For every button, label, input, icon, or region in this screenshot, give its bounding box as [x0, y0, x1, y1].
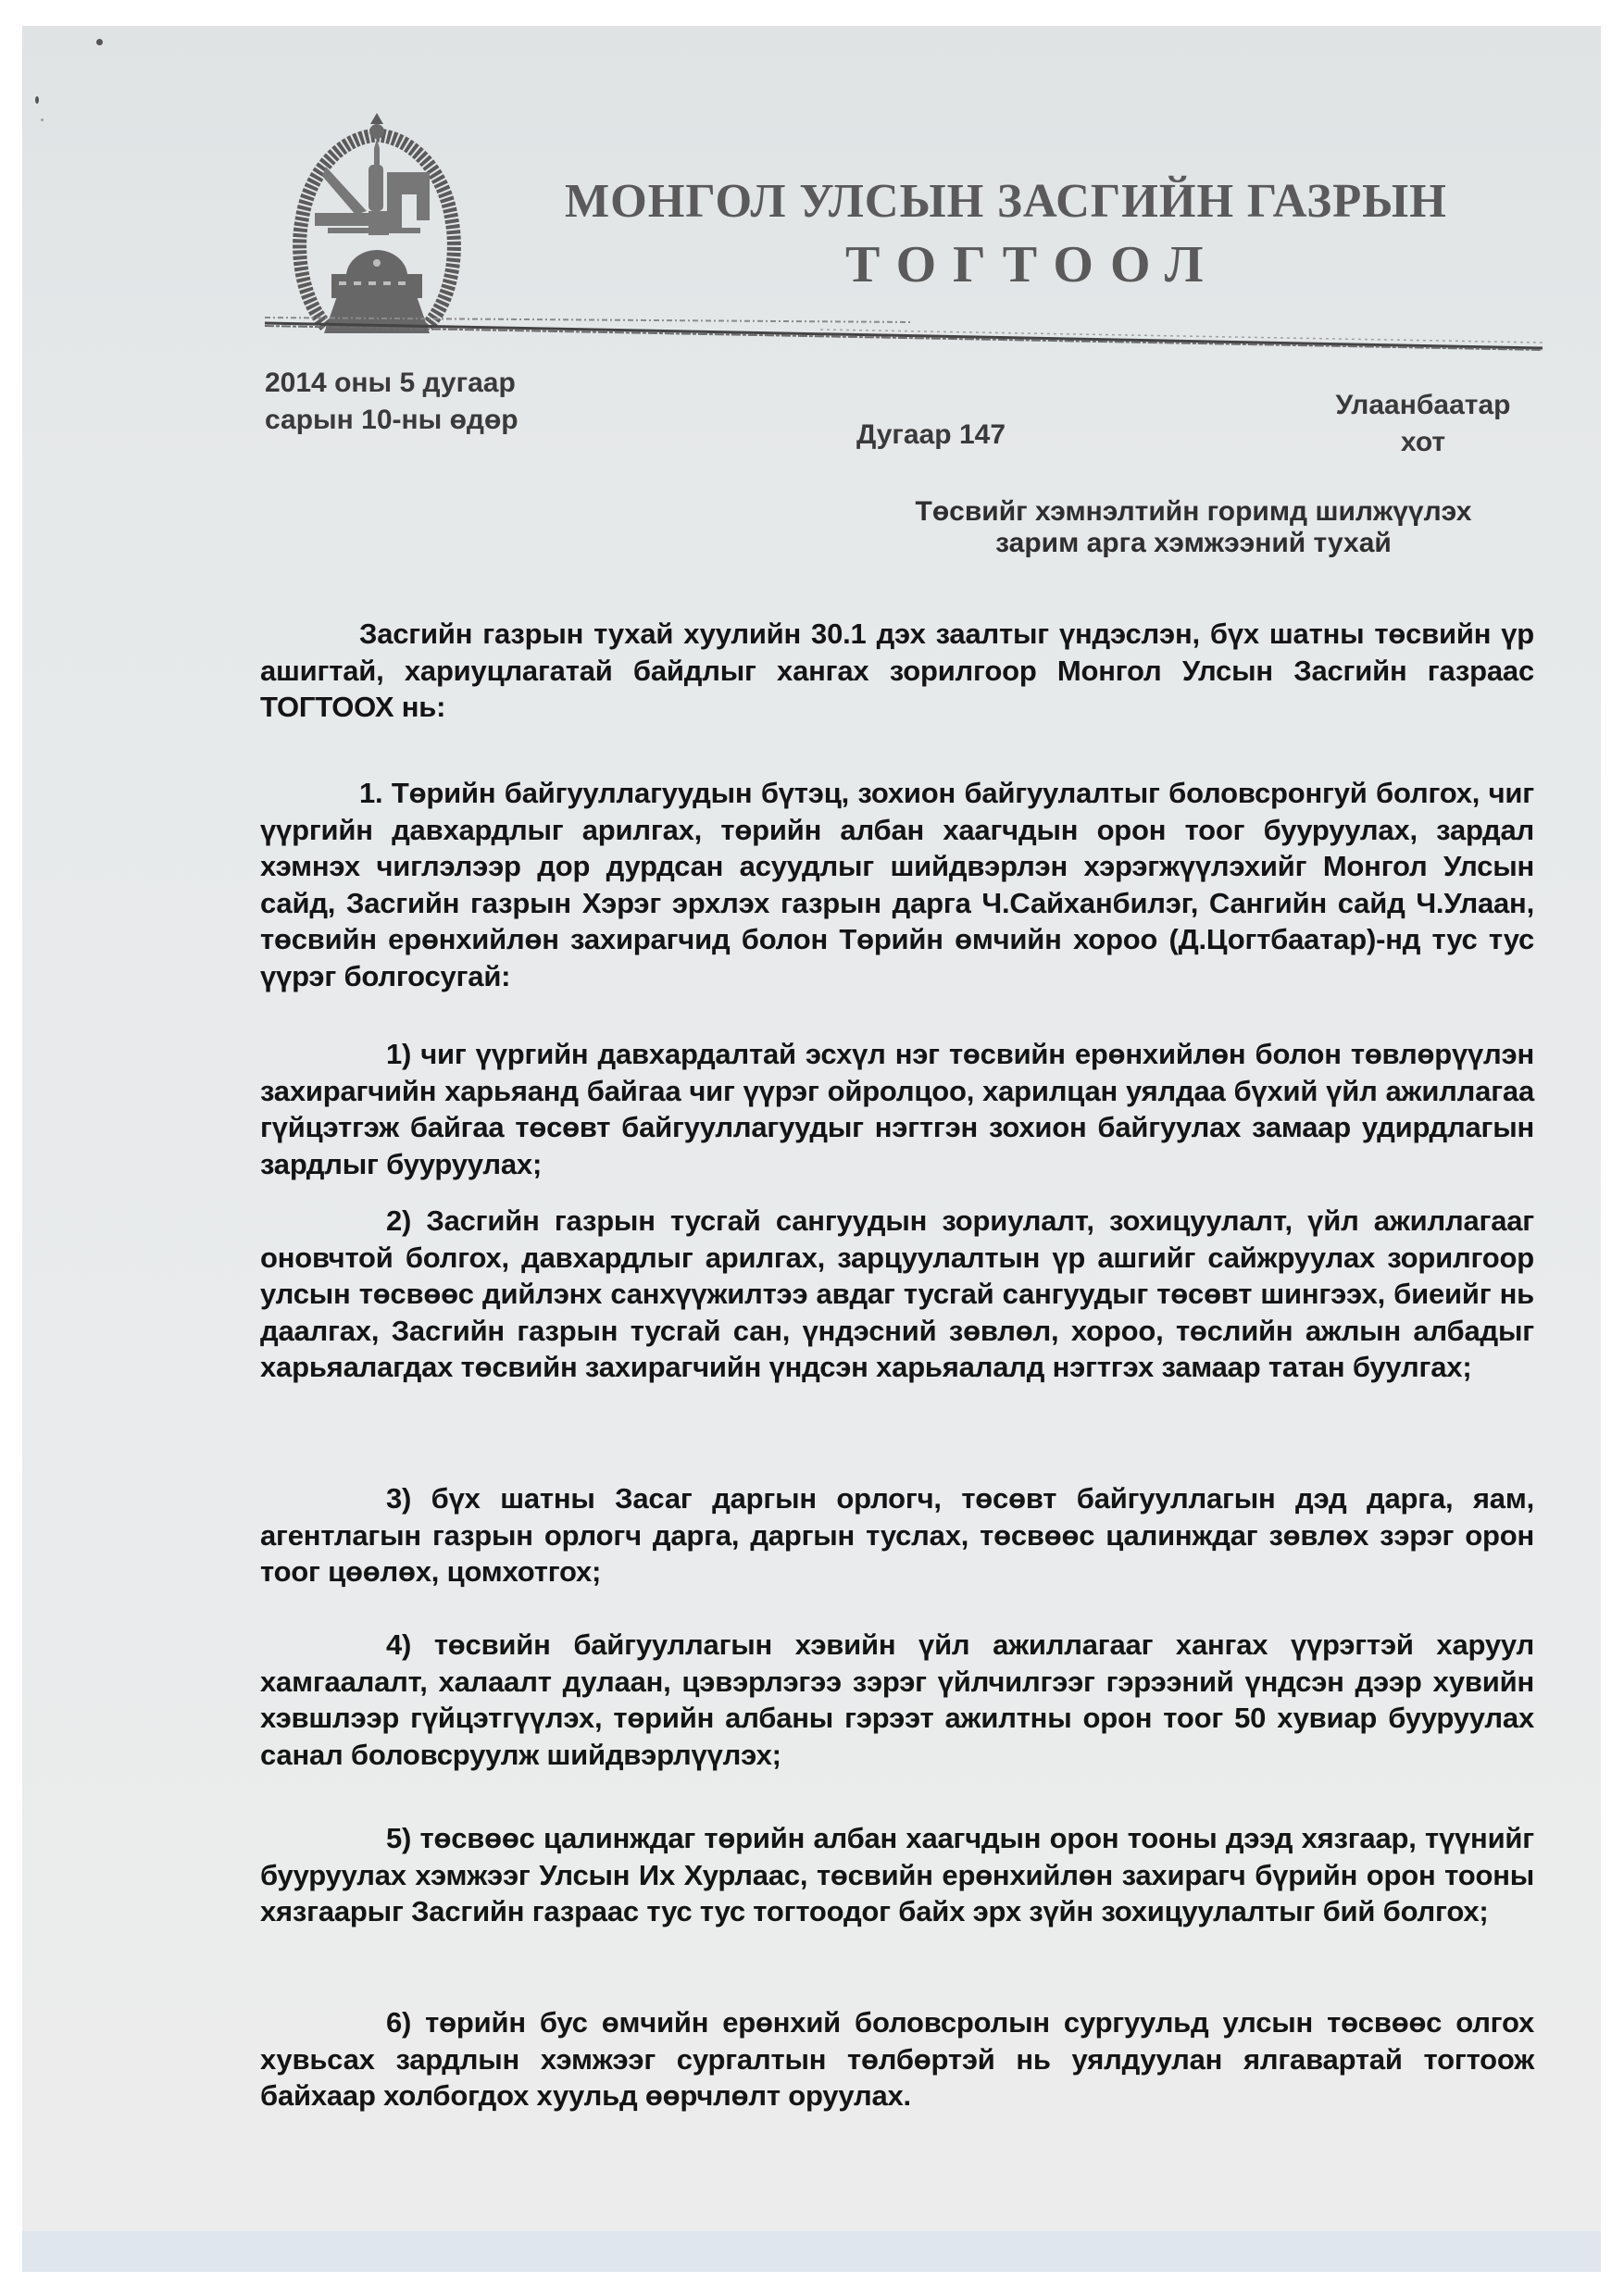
subclause-6: 6) төрийн бус өмчийн ерөнхий боловсролын… [260, 2004, 1534, 2114]
state-emblem-icon [291, 111, 463, 339]
preamble-paragraph: Засгийн газрын тухай хуулийн 30.1 дэх за… [260, 616, 1534, 726]
subclause-5: 5) төсвөөс цалинждаг төрийн албан хаагчд… [260, 1820, 1534, 1930]
subclause-1: 1) чиг үүргийн давхардалтай эсхүл нэг тө… [260, 1036, 1534, 1182]
decree-subject-line1: Төсвийг хэмнэлтийн горимд шилжүүлэх [837, 496, 1550, 528]
document-type-title: ТОГТООЛ [845, 235, 1165, 294]
decree-date: 2014 оны 5 дугаар сарын 10-ны өдөр [265, 365, 518, 439]
scan-speck [96, 39, 103, 45]
subclause-2: 2) Засгийн газрын тусгай сангуудын зориу… [260, 1203, 1534, 1386]
decree-place-city: Улаанбаатар [1317, 387, 1530, 424]
scanned-page: МОНГОЛ УЛСЫН ЗАСГИЙН ГАЗРЫН ТОГТООЛ 2014… [22, 26, 1601, 2272]
decree-date-line1: 2014 оны 5 дугаар [265, 365, 518, 402]
decree-place-type: хот [1317, 424, 1530, 461]
subclause-4: 4) төсвийн байгууллагын хэвийн үйл ажилл… [260, 1627, 1534, 1773]
decree-date-line2: сарын 10-ны өдөр [265, 402, 518, 439]
decree-subject-line2: зарим арга хэмжээний тухай [837, 528, 1550, 559]
decree-place: Улаанбаатар хот [1317, 387, 1530, 461]
subclause-3: 3) бүх шатны Засаг даргын орлогч, төсөвт… [260, 1480, 1534, 1590]
decree-subject: Төсвийг хэмнэлтийн горимд шилжүүлэх зари… [837, 496, 1550, 559]
clause-1: 1. Төрийн байгууллагуудын бүтэц, зохион … [260, 775, 1534, 994]
scan-speck [35, 96, 39, 104]
scan-edge-band [22, 2231, 1601, 2272]
document-header-title: МОНГОЛ УЛСЫН ЗАСГИЙН ГАЗРЫН [565, 174, 1422, 229]
header-divider [265, 315, 1543, 352]
scan-speck [41, 118, 44, 121]
decree-number: Дугаар 147 [856, 417, 1006, 454]
